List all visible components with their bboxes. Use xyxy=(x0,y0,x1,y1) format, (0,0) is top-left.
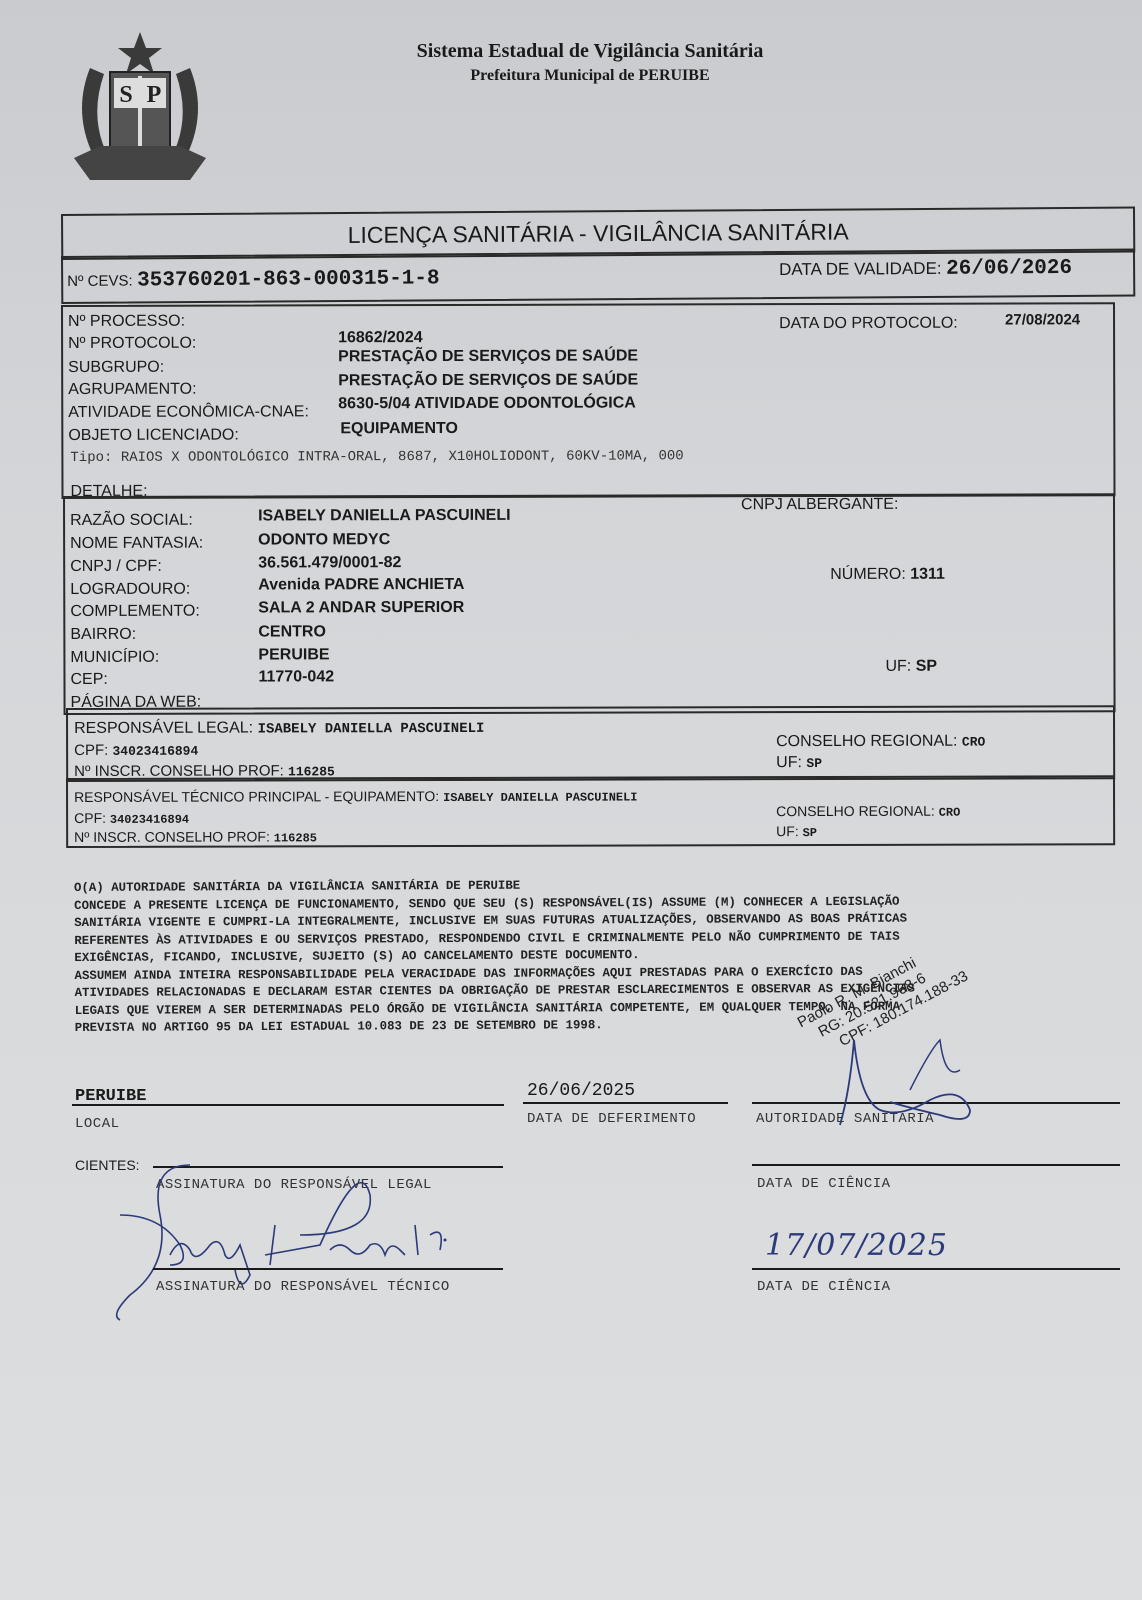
local-line xyxy=(72,1104,504,1106)
cep-value: 11770-042 xyxy=(258,668,334,686)
technical-cpf-label: CPF: xyxy=(74,810,106,826)
svg-text:S: S xyxy=(119,82,132,108)
technical-signature-label: ASSINATURA DO RESPONSÁVEL TÉCNICO xyxy=(156,1279,450,1295)
cevs-label: Nº CEVS: xyxy=(67,273,133,290)
legal-conselho-label: CONSELHO REGIONAL: xyxy=(776,733,957,750)
objeto-label: OBJETO LICENCIADO: xyxy=(68,427,238,445)
ciencia-label-1: DATA DE CIÊNCIA xyxy=(757,1176,891,1192)
protocolo-value: 16862/2024 xyxy=(338,329,423,347)
legal-responsible-label: RESPONSÁVEL LEGAL: xyxy=(74,720,253,737)
local-label: LOCAL xyxy=(75,1116,120,1132)
agrupamento-label: AGRUPAMENTO: xyxy=(68,381,196,399)
technical-uf-value: SP xyxy=(803,826,817,840)
equipment-type: Tipo: RAIOS X ODONTOLÓGICO INTRA-ORAL, 8… xyxy=(70,448,683,466)
technical-responsible-label: RESPONSÁVEL TÉCNICO PRINCIPAL - EQUIPAME… xyxy=(74,788,439,805)
technical-responsible-box: RESPONSÁVEL TÉCNICO PRINCIPAL - EQUIPAME… xyxy=(66,775,1115,848)
objeto-value: EQUIPAMENTO xyxy=(340,420,458,438)
technical-inscr-label: Nº INSCR. CONSELHO PROF: xyxy=(74,828,270,845)
legal-responsible-name: ISABELY DANIELLA PASCUINELI xyxy=(258,721,485,738)
deferimento-label: DATA DE DEFERIMENTO xyxy=(527,1111,696,1127)
legal-declaration: O(A) AUTORIDADE SANITÁRIA DA VIGILÂNCIA … xyxy=(74,875,1115,1038)
handwritten-ciencia-date: 17/07/2025 xyxy=(765,1228,948,1263)
legal-uf-label: UF: xyxy=(776,754,802,771)
technical-uf-label: UF: xyxy=(776,823,799,839)
municipio-value: PERUIBE xyxy=(258,646,329,664)
legal-cpf-value: 34023416894 xyxy=(112,744,198,759)
municipality-title: Prefeitura Municipal de PERUIBE xyxy=(370,67,810,85)
cnpj-value: 36.561.479/0001-82 xyxy=(258,554,401,572)
agrupamento-value: PRESTAÇÃO DE SERVIÇOS DE SAÚDE xyxy=(338,371,638,390)
legal-responsible-box: RESPONSÁVEL LEGAL: ISABELY DANIELLA PASC… xyxy=(66,705,1115,782)
legal-conselho-value: CRO xyxy=(962,735,985,750)
protocolo-label: Nº PROTOCOLO: xyxy=(68,335,196,353)
document-header: Sistema Estadual de Vigilância Sanitária… xyxy=(370,40,810,85)
ciencia-label-2: DATA DE CIÊNCIA xyxy=(757,1279,891,1295)
system-title: Sistema Estadual de Vigilância Sanitária xyxy=(370,40,810,63)
cnae-label: ATIVIDADE ECONÔMICA-CNAE: xyxy=(68,403,309,422)
validity-value: 26/06/2026 xyxy=(946,257,1072,281)
technical-signature-line[interactable] xyxy=(153,1268,503,1270)
fantasia-label: NOME FANTASIA: xyxy=(70,535,203,553)
cevs-value: 353760201-863-000315-1-8 xyxy=(137,267,440,292)
technical-conselho-value: CRO xyxy=(939,806,961,820)
cnae-value: 8630-5/04 ATIVIDADE ODONTOLÓGICA xyxy=(338,394,636,413)
ciencia-line-1[interactable] xyxy=(752,1164,1120,1166)
cep-label: CEP: xyxy=(70,671,107,689)
process-box: Nº PROCESSO: Nº PROTOCOLO: 16862/2024 SU… xyxy=(61,302,1116,499)
cnpj-label: CNPJ / CPF: xyxy=(70,558,162,576)
legal-uf-value: SP xyxy=(806,756,822,771)
subgrupo-label: SUBGRUPO: xyxy=(68,359,164,377)
data-protocolo-label: DATA DO PROTOCOLO: xyxy=(779,315,958,333)
albergante-label: CNPJ ALBERGANTE: xyxy=(741,496,898,514)
uf-value: SP xyxy=(916,658,937,675)
numero-value: 1311 xyxy=(910,566,945,583)
legal-cpf-label: CPF: xyxy=(74,742,108,759)
cevs-box: Nº CEVS: 353760201-863-000315-1-8 DATA D… xyxy=(61,249,1135,304)
complemento-label: COMPLEMENTO: xyxy=(70,603,200,621)
bairro-value: CENTRO xyxy=(258,623,326,641)
ciencia-line-2[interactable] xyxy=(752,1268,1120,1270)
deferimento-line xyxy=(523,1102,728,1104)
bairro-label: BAIRRO: xyxy=(70,626,136,644)
technical-conselho-label: CONSELHO REGIONAL: xyxy=(776,803,935,819)
complemento-value: SALA 2 ANDAR SUPERIOR xyxy=(258,599,464,618)
razao-value: ISABELY DANIELLA PASCUINELI xyxy=(258,507,511,526)
municipio-label: MUNICÍPIO: xyxy=(70,649,159,667)
handwritten-signature-icon xyxy=(100,1155,480,1325)
sao-paulo-crest-icon: S P xyxy=(60,28,220,188)
fantasia-value: ODONTO MEDYC xyxy=(258,531,390,549)
razao-label: RAZÃO SOCIAL: xyxy=(70,512,193,530)
logradouro-value: Avenida PADRE ANCHIETA xyxy=(258,576,464,595)
validity-label: DATA DE VALIDADE: xyxy=(779,259,942,279)
technical-inscr-value: 116285 xyxy=(274,831,317,845)
numero-label: NÚMERO: xyxy=(830,566,906,583)
data-protocolo-value: 27/08/2024 xyxy=(1005,311,1080,328)
processo-label: Nº PROCESSO: xyxy=(68,313,185,331)
license-document: S P Sistema Estadual de Vigilância Sanit… xyxy=(0,0,1142,1600)
svg-text:P: P xyxy=(147,82,162,108)
establishment-box: RAZÃO SOCIAL: ISABELY DANIELLA PASCUINEL… xyxy=(63,493,1116,715)
technical-cpf-value: 34023416894 xyxy=(110,813,189,827)
technical-responsible-name: ISABELY DANIELLA PASCUINELI xyxy=(443,791,637,806)
deferimento-value: 26/06/2025 xyxy=(527,1081,635,1101)
logradouro-label: LOGRADOURO: xyxy=(70,581,190,599)
uf-label: UF: xyxy=(885,658,911,675)
subgrupo-value: PRESTAÇÃO DE SERVIÇOS DE SAÚDE xyxy=(338,347,638,366)
authority-signature-icon xyxy=(820,1030,990,1130)
